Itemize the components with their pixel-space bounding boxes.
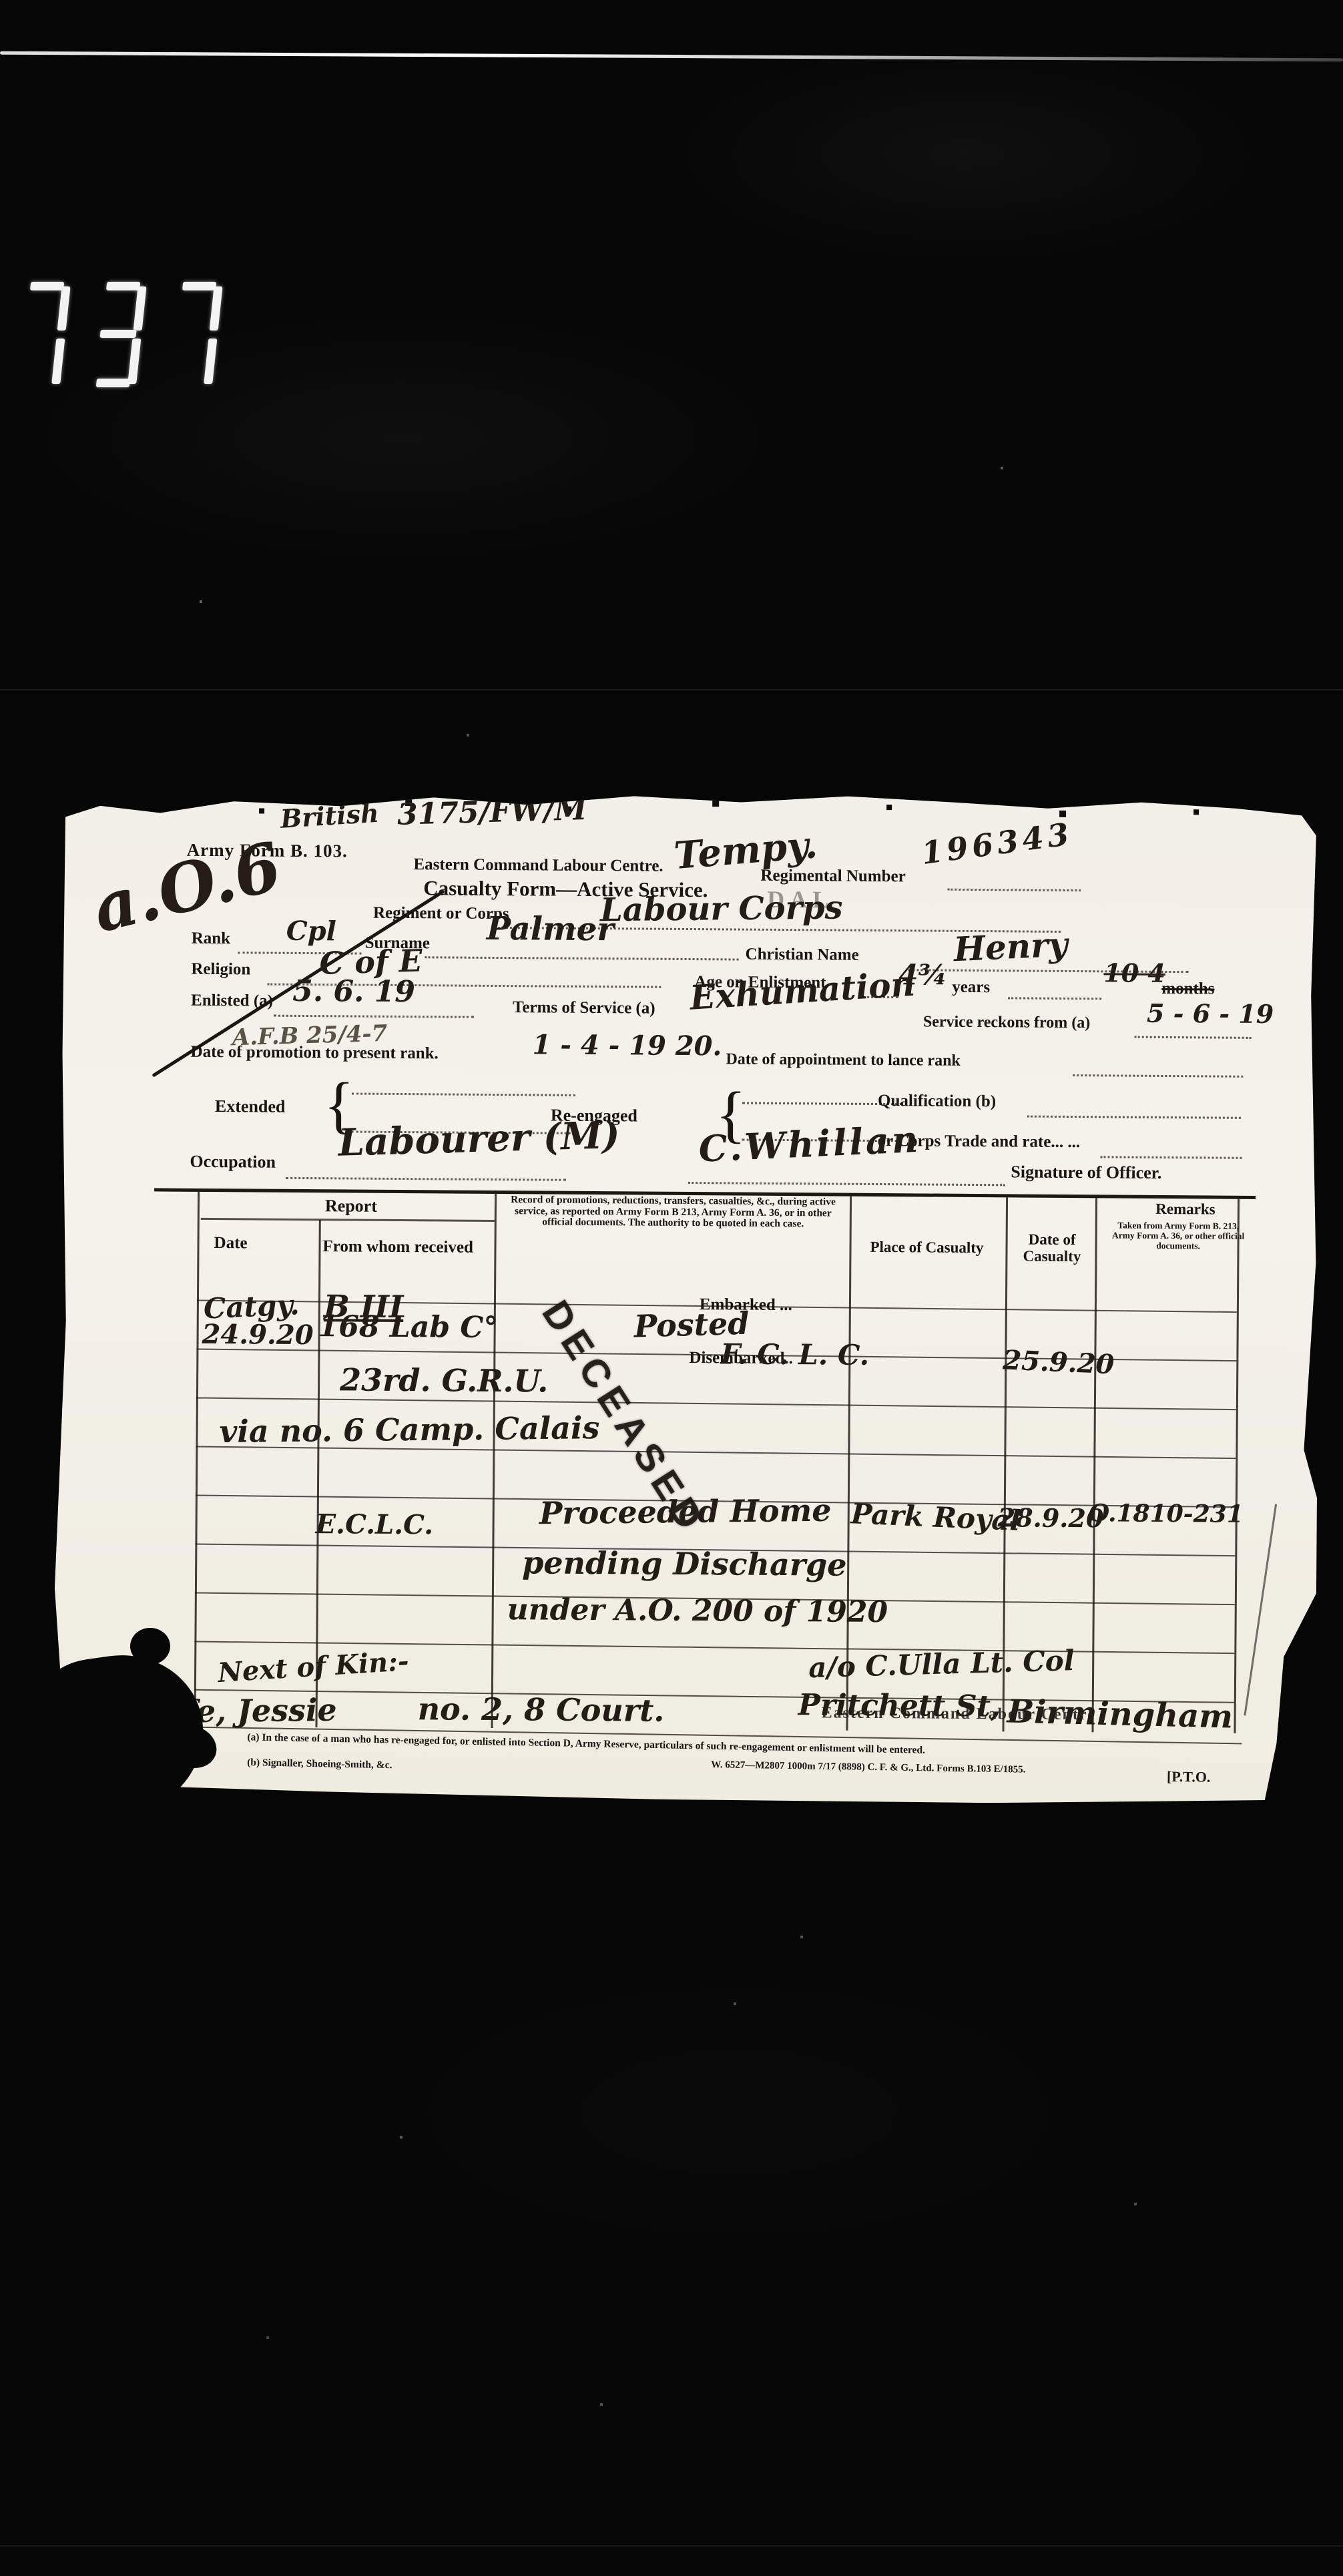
ruled-line	[196, 1397, 1236, 1410]
enlisted-label: Enlisted (a)	[191, 992, 273, 1011]
next-of-kin-address: no. 2, 8 Court.	[418, 1691, 665, 1729]
dotted-leader	[947, 889, 1081, 891]
dotted-leader	[1008, 997, 1101, 1000]
dotted-leader	[352, 1092, 575, 1096]
certifying-signature: a/o C.Ulla Lt. Col	[808, 1644, 1075, 1684]
qualification-label: Qualification (b)	[878, 1092, 996, 1111]
footnote-b: (b) Signaller, Shoeing-Smith, &c.	[247, 1757, 392, 1771]
dotted-leader	[274, 1015, 474, 1018]
regiment-value: Labour Corps	[600, 889, 843, 929]
months-label: months	[1161, 980, 1214, 999]
dotted-leader	[1100, 1156, 1242, 1158]
file-reference-annotation: 3175/FW/M	[396, 793, 587, 832]
dotted-leader	[1135, 1036, 1252, 1039]
dotted-leader	[286, 1177, 566, 1181]
torn-edge-noise	[60, 792, 63, 795]
officer-signature: C.Whillan	[698, 1118, 921, 1170]
entry-record: Proceeded Home	[539, 1492, 832, 1532]
christian-name-value: Henry	[953, 925, 1068, 970]
report-underline	[201, 1218, 495, 1222]
frame-counter-digit	[13, 282, 71, 387]
rank-label: Rank	[192, 929, 231, 948]
occupation-value: Labourer (M)	[338, 1113, 621, 1165]
years-label: years	[952, 978, 990, 997]
microfilm-scan: { "frame": { "counter": "737" }, "header…	[0, 0, 1343, 2576]
film-scratch-line	[0, 51, 1343, 62]
promotion-date-label: Date of promotion to present rank.	[190, 1043, 438, 1064]
extended-label: Extended	[215, 1096, 286, 1117]
next-of-kin-address: Pritchett St,	[798, 1688, 1001, 1723]
entry-date: 24.9.20	[202, 1319, 313, 1351]
film-frame-line-upper	[0, 689, 1343, 690]
entry-record: via no. 6 Camp. Calais	[219, 1410, 599, 1450]
place-column-header: Place of Casualty	[870, 1239, 983, 1257]
rank-value: Cpl	[286, 915, 336, 947]
dotted-leader	[425, 956, 739, 960]
entry-record: 23rd. G.R.U.	[340, 1361, 549, 1399]
promotion-date-value: 1 - 4 - 19 20.	[532, 1029, 722, 1062]
regimental-number-label: Regimental Number	[760, 867, 906, 887]
terms-of-service-label: Terms of Service (a)	[513, 998, 655, 1018]
dotted-leader	[1073, 1074, 1243, 1078]
occupation-label: Occupation	[190, 1152, 276, 1172]
frame-counter-digit	[166, 282, 224, 387]
command-header: Eastern Command Labour Centre.	[413, 855, 663, 876]
casualty-date-column-header: Date of Casualty	[1010, 1231, 1093, 1265]
ink-blob	[130, 1628, 170, 1665]
next-of-kin-address: Birmingham	[1007, 1693, 1234, 1735]
film-frame-line-lower	[0, 2545, 1343, 2547]
pto-note: [P.T.O.	[1167, 1768, 1211, 1786]
entry-record-unit: F. C. L. C.	[720, 1337, 869, 1371]
entry-from-unit: 168 Lab C°	[318, 1309, 499, 1345]
christian-name-label: Christian Name	[746, 945, 859, 965]
entry-record: under A.O. 200 of 1920	[507, 1592, 888, 1629]
regimental-number-value: 196343	[919, 815, 1075, 871]
signature-of-officer-label: Signature of Officer.	[1011, 1162, 1161, 1183]
surname-value: Palmer	[487, 910, 614, 948]
from-whom-column-header: From whom received	[322, 1237, 473, 1257]
table-border-right	[1234, 1199, 1240, 1733]
casualty-form-document: British Army Form B. 103. 3175/FW/M Temp…	[53, 787, 1322, 1810]
entry-place: Park Royal	[850, 1497, 1021, 1537]
date-column-header: Date	[214, 1234, 247, 1253]
entry-casualty-date: 25.9.20	[1002, 1344, 1115, 1380]
remarks-column-header: Remarks	[1135, 1201, 1236, 1219]
frame-counter-digit	[89, 282, 148, 387]
entry-from-unit: E.C.L.C.	[315, 1508, 433, 1540]
service-reckons-value: 5 - 6 - 19	[1147, 998, 1274, 1029]
next-of-kin-label: Next of Kin:-	[217, 1645, 410, 1689]
column-divider	[491, 1194, 497, 1728]
frame-counter	[19, 282, 247, 391]
entry-record: pending Discharge	[522, 1544, 847, 1582]
remarks-column-subheader: Taken from Army Form B. 213, Army Form A…	[1107, 1220, 1250, 1251]
nationality-annotation: British	[280, 798, 380, 834]
entry-casualty-date: 28.9.20	[998, 1502, 1104, 1533]
table-border-left	[194, 1192, 200, 1726]
terms-of-service-value: Exhumation	[689, 964, 916, 1018]
enlisted-date-value: 5. 6. 19	[292, 974, 415, 1009]
religion-label: Religion	[191, 960, 250, 980]
age-months-value: 10 4	[1103, 957, 1165, 988]
record-column-header: Record of promotions, reductions, transf…	[501, 1195, 845, 1231]
service-reckons-label: Service reckons from (a)	[923, 1013, 1091, 1032]
lance-rank-label: Date of appointment to lance rank	[726, 1050, 961, 1070]
printers-code: W. 6527—M2807 1000m 7/17 (8898) C. F. & …	[711, 1759, 1026, 1775]
dotted-leader	[688, 1182, 1005, 1186]
report-header: Report	[291, 1196, 411, 1217]
dotted-leader	[1027, 1116, 1241, 1119]
paper-crease	[1244, 1504, 1277, 1716]
dust-specks	[0, 0, 1, 1]
entry-remarks: O.1810-231	[1089, 1499, 1244, 1528]
